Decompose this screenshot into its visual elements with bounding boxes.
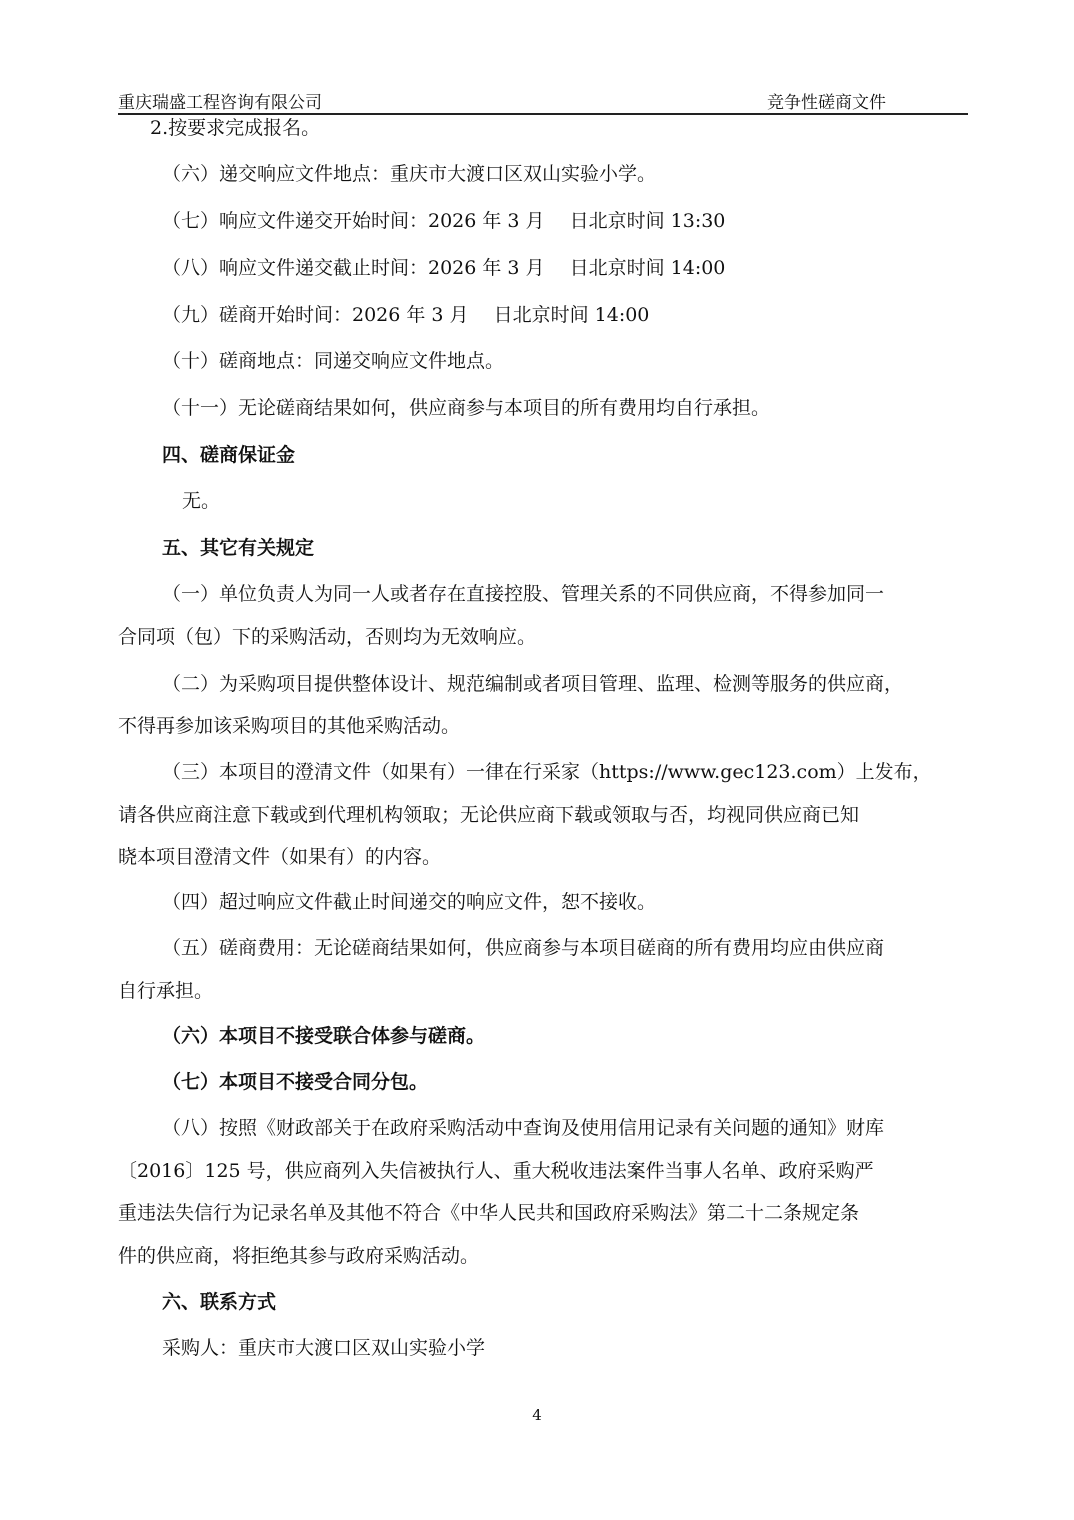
paragraph: （十一）无论磋商结果如何，供应商参与本项目的所有费用均自行承担。 (162, 394, 1012, 422)
section-heading: 四、磋商保证金 (162, 441, 1012, 469)
paragraph: 晓本项目澄清文件（如果有）的内容。 (118, 843, 968, 871)
paragraph: 重违法失信行为记录名单及其他不符合《中华人民共和国政府采购法》第二十二条规定条 (118, 1199, 968, 1227)
page-header: 重庆瑞盛工程咨询有限公司 竞争性磋商文件 (118, 88, 968, 114)
header-doc-type: 竞争性磋商文件 (767, 88, 886, 113)
paragraph: 合同项（包）下的采购活动，否则均为无效响应。 (118, 623, 968, 651)
paragraph: （二）为采购项目提供整体设计、规范编制或者项目管理、监理、检测等服务的供应商， (162, 670, 1012, 698)
paragraph: （八）按照《财政部关于在政府采购活动中查询及使用信用记录有关问题的通知》财库 (162, 1114, 1012, 1142)
paragraph: 采购人：重庆市大渡口区双山实验小学 (162, 1334, 1012, 1362)
header-company: 重庆瑞盛工程咨询有限公司 (118, 88, 322, 113)
paragraph: 不得再参加该采购项目的其他采购活动。 (118, 712, 968, 740)
paragraph: （十）磋商地点：同递交响应文件地点。 (162, 347, 1012, 375)
paragraph-bold: （七）本项目不接受合同分包。 (162, 1068, 1012, 1096)
page-number: 4 (0, 1406, 1074, 1424)
paragraph: （八）响应文件递交截止时间：2026 年 3 月 日北京时间 14:00 (162, 254, 1012, 282)
paragraph: （一）单位负责人为同一人或者存在直接控股、管理关系的不同供应商，不得参加同一 (162, 580, 1012, 608)
section-heading: 六、联系方式 (162, 1288, 1012, 1316)
paragraph-bold: （六）本项目不接受联合体参与磋商。 (162, 1022, 1012, 1050)
paragraph: （四）超过响应文件截止时间递交的响应文件，恕不接收。 (162, 888, 1012, 916)
paragraph: （九）磋商开始时间：2026 年 3 月 日北京时间 14:00 (162, 301, 1012, 329)
section-heading: 五、其它有关规定 (162, 534, 1012, 562)
paragraph: 2.按要求完成报名。 (150, 114, 1000, 142)
paragraph: （五）磋商费用：无论磋商结果如何，供应商参与本项目磋商的所有费用均应由供应商 (162, 934, 1012, 962)
paragraph: 无。 (182, 487, 1032, 515)
paragraph: （六）递交响应文件地点：重庆市大渡口区双山实验小学。 (162, 160, 1012, 188)
paragraph: 〔2016〕125 号，供应商列入失信被执行人、重大税收违法案件当事人名单、政府… (118, 1157, 968, 1185)
paragraph: （三）本项目的澄清文件（如果有）一律在行采家（https://www.gec12… (162, 758, 1012, 786)
paragraph: 请各供应商注意下载或到代理机构领取；无论供应商下载或领取与否，均视同供应商已知 (118, 801, 968, 829)
paragraph: 自行承担。 (118, 977, 968, 1005)
paragraph: （七）响应文件递交开始时间：2026 年 3 月 日北京时间 13:30 (162, 207, 1012, 235)
paragraph: 件的供应商，将拒绝其参与政府采购活动。 (118, 1242, 968, 1270)
